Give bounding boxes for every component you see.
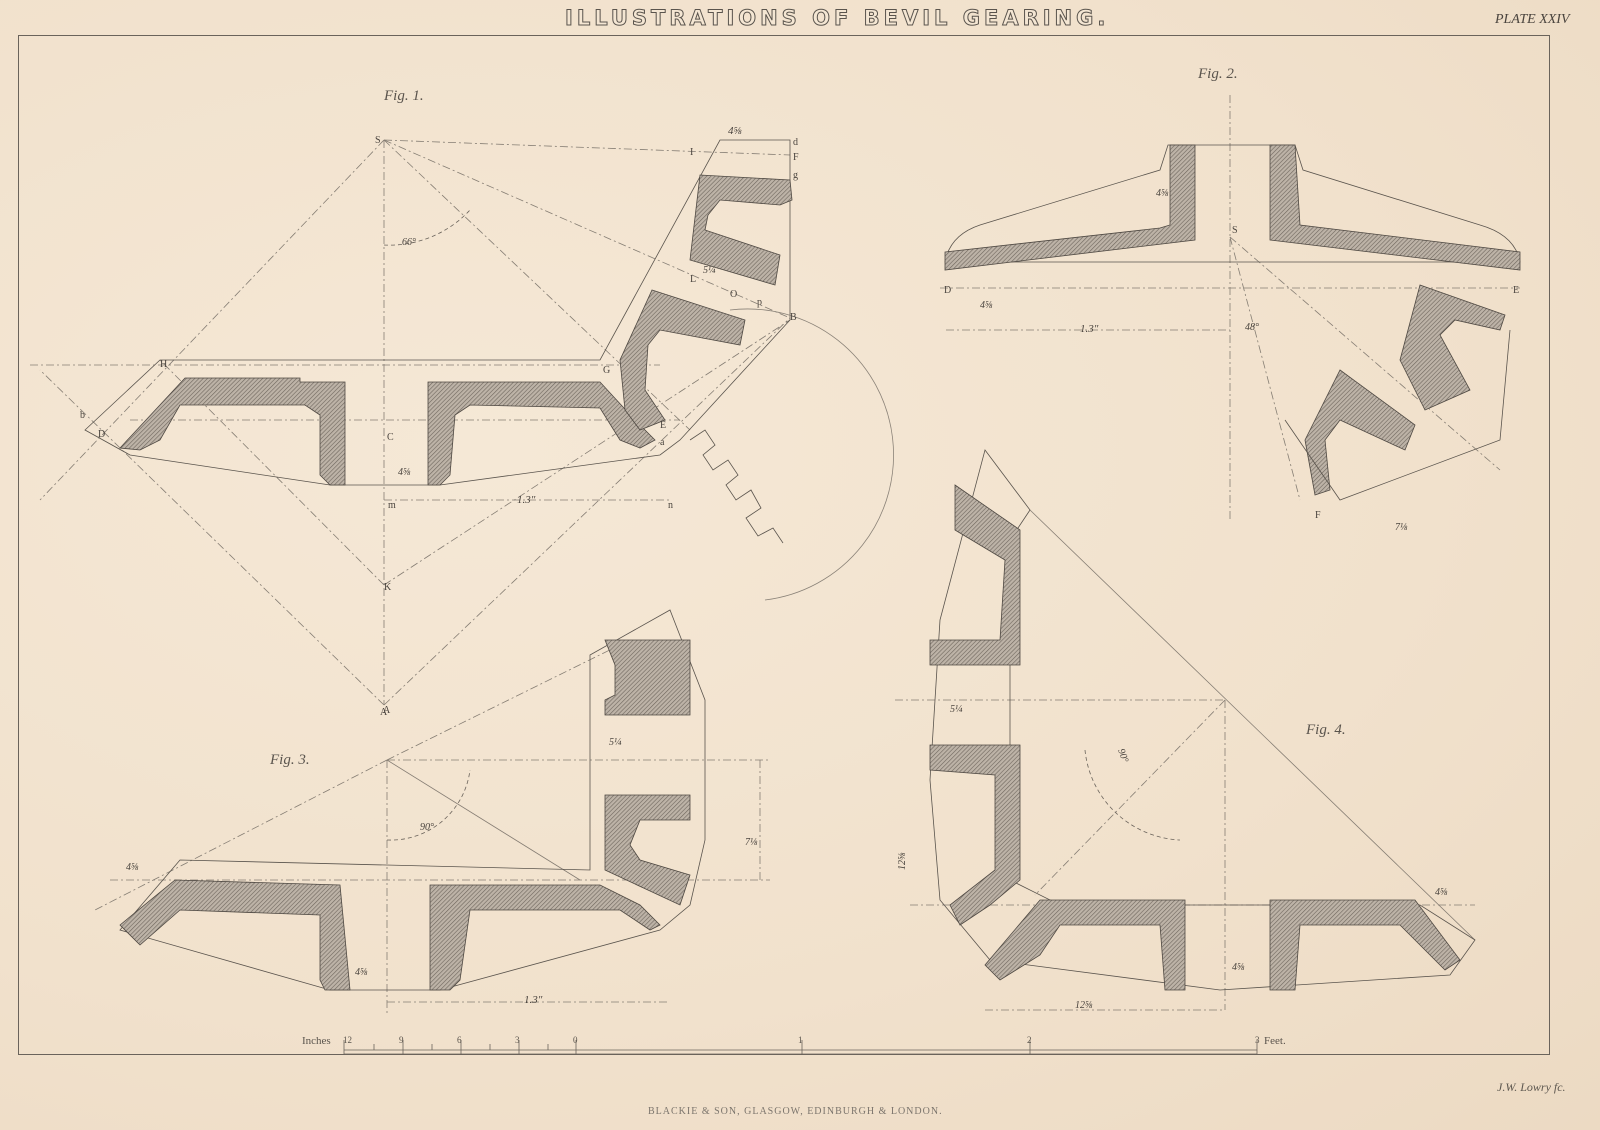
svg-text:G: G: [603, 365, 610, 376]
svg-text:E: E: [660, 420, 666, 431]
scale-inches-label: Inches: [302, 1035, 331, 1047]
svg-text:d: d: [793, 137, 798, 148]
svg-text:g: g: [793, 170, 798, 181]
svg-text:4⅝: 4⅝: [355, 967, 368, 978]
fig1-drawing: SId FgL OpB HGb DCE amn KA 4⅝ 66° 5¼ 1.3…: [30, 125, 894, 718]
svg-text:5¼: 5¼: [950, 704, 963, 715]
svg-text:O: O: [730, 289, 737, 300]
scale-tick-3: 3: [515, 1035, 520, 1045]
svg-text:n: n: [668, 500, 673, 511]
svg-text:S: S: [1232, 225, 1238, 236]
svg-text:12⅝: 12⅝: [1075, 1000, 1093, 1011]
svg-text:4⅝: 4⅝: [980, 300, 993, 311]
svg-text:5¼: 5¼: [703, 265, 716, 276]
svg-text:m: m: [388, 500, 396, 511]
svg-text:D: D: [98, 429, 105, 440]
scale-feet-label: Feet.: [1264, 1035, 1286, 1047]
svg-text:1.3″: 1.3″: [517, 494, 536, 506]
svg-text:4⅝: 4⅝: [728, 125, 742, 137]
svg-text:90°: 90°: [420, 822, 434, 833]
svg-text:A: A: [383, 705, 391, 716]
svg-text:5¼: 5¼: [609, 737, 622, 748]
svg-text:90°: 90°: [1115, 747, 1130, 764]
svg-text:7⅛: 7⅛: [745, 837, 758, 848]
svg-text:I: I: [690, 147, 693, 158]
svg-text:48°: 48°: [1245, 322, 1259, 333]
publisher-credit: BLACKIE & SON, GLASGOW, EDINBURGH & LOND…: [648, 1106, 943, 1117]
svg-text:4⅝: 4⅝: [126, 862, 139, 873]
svg-text:12⅝: 12⅝: [897, 852, 908, 870]
svg-text:4⅝: 4⅝: [1232, 962, 1245, 973]
engraver-credit: J.W. Lowry fc.: [1497, 1080, 1566, 1095]
svg-text:L: L: [690, 274, 696, 285]
scale-tick-12: 12: [343, 1035, 352, 1045]
fig2-drawing: SDE F 4⅝ 4⅝ 1.3″ 48° 7⅛: [940, 95, 1520, 533]
svg-text:66°: 66°: [402, 237, 416, 248]
svg-text:E: E: [1513, 285, 1519, 296]
scale-tick-3ft: 3: [1255, 1035, 1260, 1045]
scale-tick-1ft: 1: [798, 1035, 803, 1045]
svg-text:a: a: [660, 437, 665, 448]
svg-text:H: H: [160, 359, 167, 370]
svg-text:1.3″: 1.3″: [524, 994, 543, 1006]
svg-text:p: p: [757, 297, 762, 308]
scale-tick-6: 6: [457, 1035, 462, 1045]
svg-text:F: F: [1315, 510, 1321, 521]
svg-text:4⅝: 4⅝: [1435, 887, 1448, 898]
svg-text:K: K: [384, 582, 392, 593]
fig4-drawing: 5¼ 90° 12⅝ 4⅝ 12⅝ 4⅝: [895, 450, 1475, 1011]
svg-text:C: C: [387, 432, 394, 443]
svg-text:4⅝: 4⅝: [1156, 188, 1169, 199]
scale-tick-9: 9: [399, 1035, 404, 1045]
engraving-drawing: SId FgL OpB HGb DCE amn KA 4⅝ 66° 5¼ 1.3…: [0, 0, 1600, 1130]
svg-text:7⅛: 7⅛: [1395, 522, 1408, 533]
svg-text:b: b: [80, 410, 85, 421]
svg-text:4⅝: 4⅝: [398, 467, 411, 478]
svg-text:B: B: [790, 312, 797, 323]
svg-text:1.3″: 1.3″: [1080, 323, 1099, 335]
svg-text:D: D: [944, 285, 951, 296]
scale-tick-2ft: 2: [1027, 1035, 1032, 1045]
svg-text:F: F: [793, 152, 799, 163]
svg-text:S: S: [375, 135, 381, 146]
fig3-drawing: A 4⅝ 5¼ 90° 7⅛ 4⅝ 1.3″: [95, 610, 770, 1015]
scale-tick-0: 0: [573, 1035, 578, 1045]
